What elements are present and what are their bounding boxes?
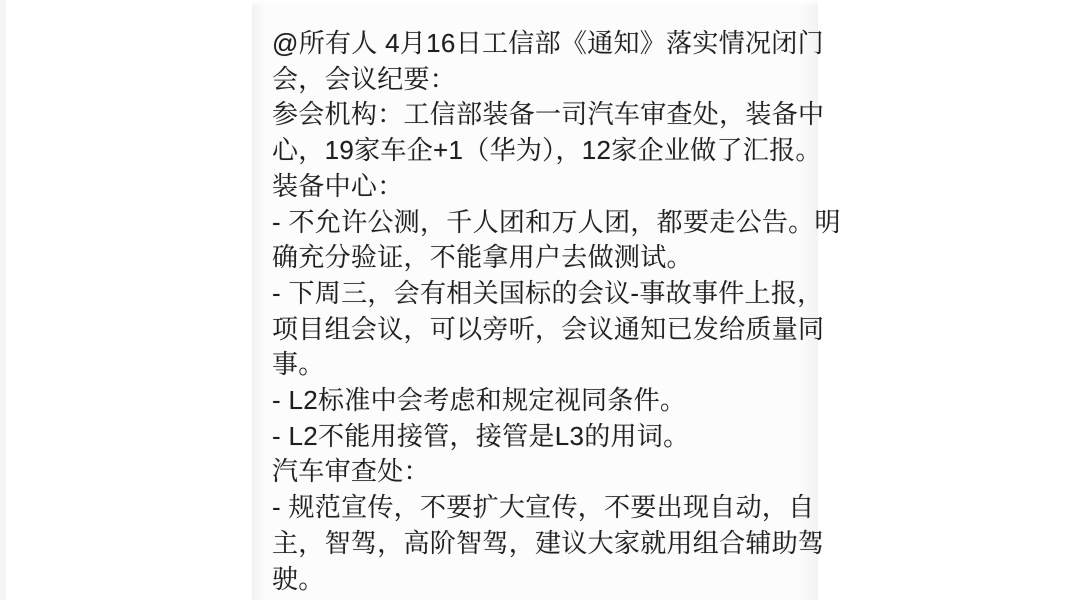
capture-top-edge	[252, 0, 818, 7]
message-line: 会，会议纪要：	[272, 62, 806, 98]
message-line: 主，智驾，高阶智驾，建议大家就用组合辅助驾	[272, 526, 806, 562]
message-line: - L2标准中会考虑和规定视同条件。	[272, 383, 806, 419]
message-line: 驶。	[272, 562, 806, 598]
message-line: - 规范宣传，不要扩大宣传，不要出现自动，自	[272, 490, 806, 526]
screenshot-canvas: @所有人 4月16日工信部《通知》落实情况闭门会，会议纪要：参会机构：工信部装备…	[0, 0, 1080, 600]
message-line: 参会机构：工信部装备一司汽车审查处，装备中	[272, 97, 806, 133]
message-line: - 不允许公测，千人团和万人团，都要走公告。明	[272, 205, 806, 241]
message-text: @所有人 4月16日工信部《通知》落实情况闭门会，会议纪要：参会机构：工信部装备…	[272, 26, 806, 597]
message-line: - 下周三，会有相关国标的会议-事故事件上报，	[272, 276, 806, 312]
page-left-edge	[0, 0, 6, 600]
message-line: 确充分验证，不能拿用户去做测试。	[272, 240, 806, 276]
message-line: 心，19家车企+1（华为），12家企业做了汇报。	[272, 133, 806, 169]
message-line: 事。	[272, 347, 806, 383]
message-line: @所有人 4月16日工信部《通知》落实情况闭门	[272, 26, 806, 62]
message-line: - L2不能用接管，接管是L3的用词。	[272, 419, 806, 455]
chat-message-capture: @所有人 4月16日工信部《通知》落实情况闭门会，会议纪要：参会机构：工信部装备…	[252, 0, 818, 600]
message-line: 汽车审查处：	[272, 454, 806, 490]
message-line: 装备中心：	[272, 169, 806, 205]
capture-left-edge	[252, 0, 266, 600]
message-line: 项目组会议，可以旁听，会议通知已发给质量同	[272, 312, 806, 348]
